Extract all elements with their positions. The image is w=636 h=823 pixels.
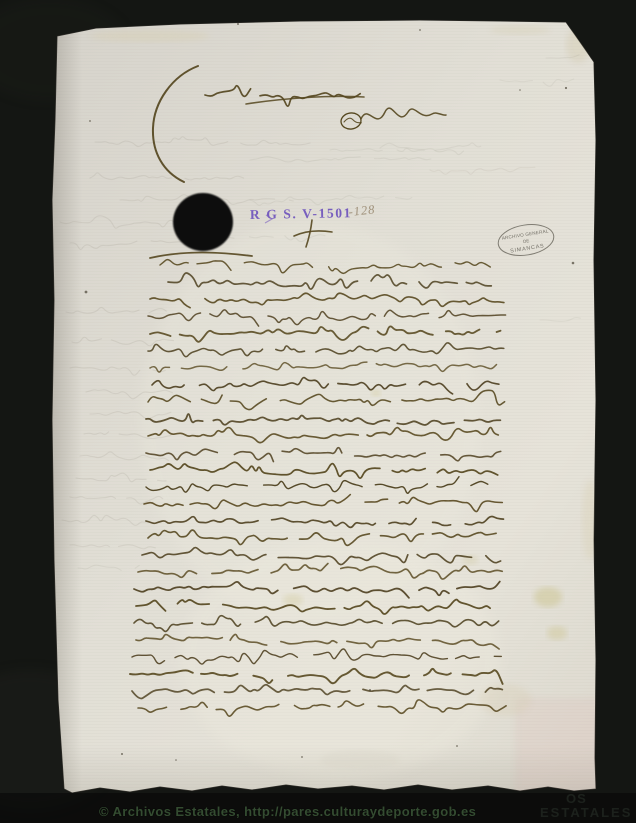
punched-hole xyxy=(173,193,233,251)
ink-speck xyxy=(237,23,239,25)
watermark-text: © Archivos Estatales, http://pares.cultu… xyxy=(99,804,476,819)
manuscript-scan-image: R G S. V-1501 -128 ARCHIVO GENERAL DE SI… xyxy=(0,0,636,823)
paper-stain xyxy=(90,30,210,42)
ink-speck xyxy=(572,262,575,265)
ink-speck xyxy=(301,756,303,758)
rgs-stamp-text: R G S. V-1501 xyxy=(250,205,352,222)
ink-speck xyxy=(121,753,123,755)
paper-bright-patch xyxy=(180,540,500,780)
ink-speck xyxy=(419,29,421,31)
paper-stain xyxy=(479,684,531,716)
paper-stain xyxy=(490,25,550,35)
tiled-watermark-tint xyxy=(515,698,600,792)
ink-speck xyxy=(456,745,458,747)
paper-surface xyxy=(40,10,610,810)
watermark-tiled-fragment-1: OS xyxy=(566,791,587,806)
ink-speck xyxy=(519,89,521,91)
ink-speck xyxy=(565,87,567,89)
ink-speck xyxy=(175,759,177,761)
paper-stain xyxy=(371,390,381,396)
paper-stain xyxy=(534,587,562,607)
oval-stamp-line2: DE xyxy=(523,238,530,244)
ink-speck xyxy=(369,689,371,691)
paper-stain xyxy=(283,594,303,606)
archival-scan-viewport: R G S. V-1501 -128 ARCHIVO GENERAL DE SI… xyxy=(0,0,636,823)
watermark-tiled-fragment-2: ESTATALES xyxy=(540,805,632,820)
paper-stain xyxy=(547,626,567,640)
ink-speck xyxy=(85,291,88,294)
paper-stain xyxy=(320,750,400,770)
ink-speck xyxy=(89,120,91,122)
rgs-number-annotation: -128 xyxy=(348,202,376,219)
